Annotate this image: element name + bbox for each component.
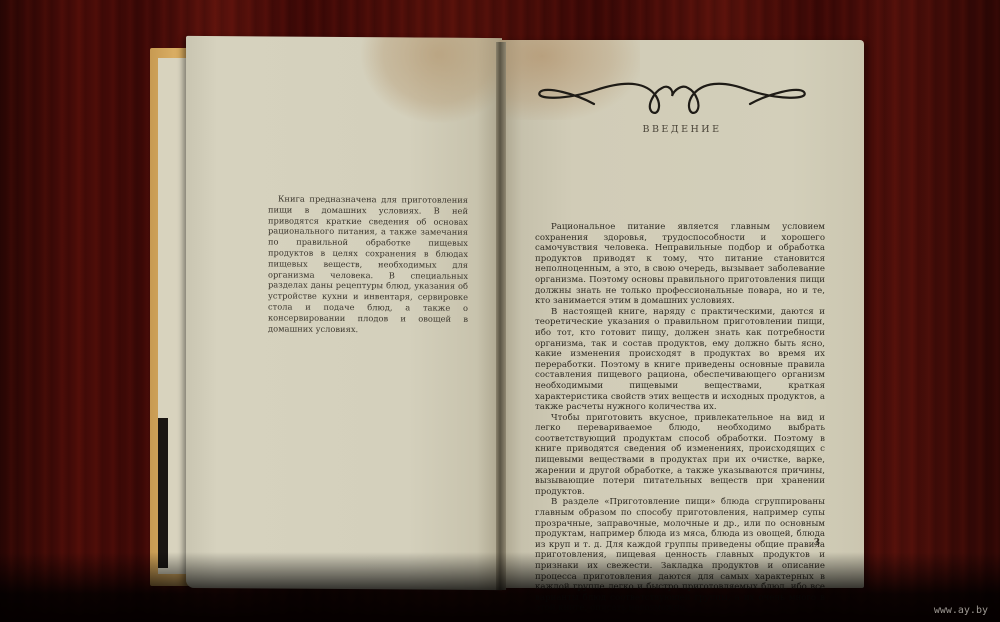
water-stain [361, 37, 501, 123]
chapter-heading: ВВЕДЕНИЕ [500, 124, 864, 135]
book-spine [496, 42, 506, 590]
book-annotation: Книга предназначена для приготовления пи… [268, 193, 468, 335]
watermark: www.ay.by [934, 605, 988, 616]
left-page: Книга предназначена для приготовления пи… [186, 36, 502, 590]
cover-dark-strip [158, 418, 168, 568]
ornament-flourish-icon [536, 76, 808, 116]
paragraph: В настоящей книге, наряду с практическим… [535, 307, 825, 413]
page-number: 3 [814, 538, 820, 548]
paragraph: Рациональное питание является главным ус… [535, 222, 825, 307]
right-page: ВВЕДЕНИЕ Рациональное питание является г… [500, 40, 864, 588]
paragraph: Чтобы приготовить вкусное, привлекательн… [535, 413, 825, 498]
bottom-shadow [0, 552, 1000, 622]
